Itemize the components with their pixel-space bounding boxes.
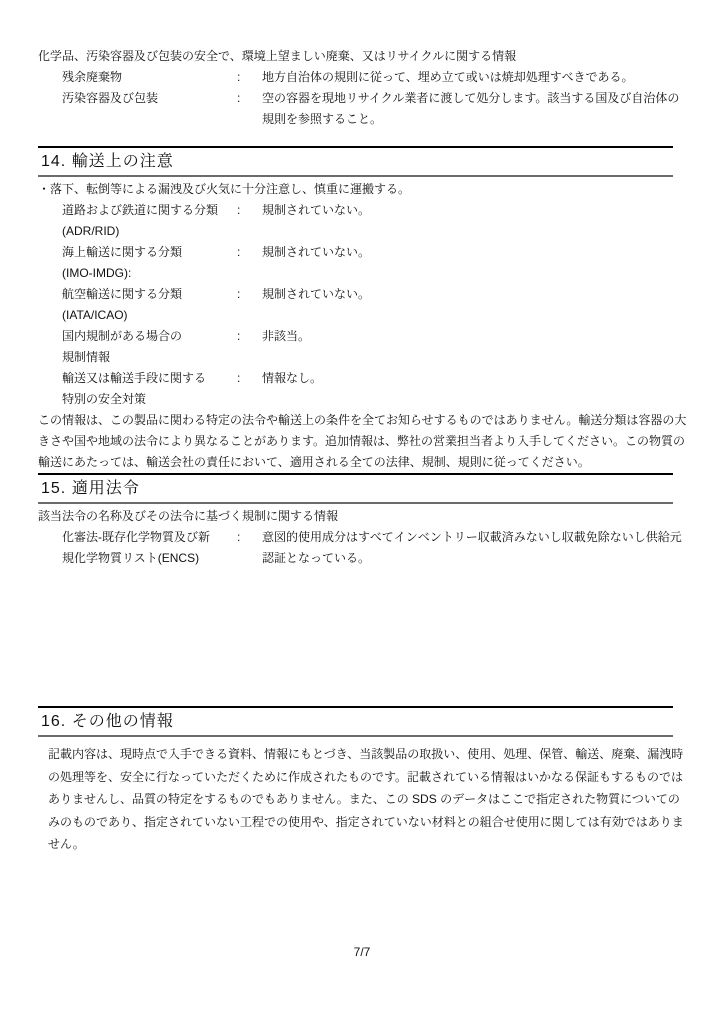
transport-caution-note: ・落下、転倒等による漏洩及び火気に十分注意し、慎重に運搬する。 (38, 179, 692, 200)
row-value: 規制されていない。 (262, 200, 692, 221)
row-colon: : (237, 88, 262, 109)
row-value: 地方自治体の規則に従って、埋め立て或いは焼却処理すべきである。 (262, 67, 692, 88)
transport-row-air: 航空輸送に関する分類 (IATA/ICAO) : 規制されていない。 (38, 284, 692, 326)
disposal-row-residual-waste: 残余廃棄物 : 地方自治体の規則に従って、埋め立て或いは焼却処理すべきである。 (38, 67, 692, 88)
row-label: 道路および鉄道に関する分類 (ADR/RID) (62, 200, 237, 242)
row-colon: : (237, 67, 262, 88)
sds-document-page: 化学品、汚染容器及び包装の安全で、環境上望ましい廃棄、又はリサイクルに関する情報… (0, 0, 724, 1024)
row-colon: : (237, 284, 262, 305)
transport-row-road-rail: 道路および鉄道に関する分類 (ADR/RID) : 規制されていない。 (38, 200, 692, 242)
row-label: 海上輸送に関する分類 (IMO-IMDG): (62, 242, 237, 284)
row-label: 航空輸送に関する分類 (IATA/ICAO) (62, 284, 237, 326)
applicable-laws-intro: 該当法令の名称及びその法令に基づく規制に関する情報 (38, 506, 692, 527)
section-16-header: 16. その他の情報 (38, 706, 673, 737)
law-row-encs: 化審法-既存化学物質及び新 規化学物質リスト(ENCS) : 意図的使用成分はす… (38, 527, 692, 569)
row-colon: : (237, 200, 262, 221)
transport-row-domestic-regulation: 国内規制がある場合の 規制情報 : 非該当。 (38, 326, 692, 368)
transport-row-special-safety-measures: 輸送又は輸送手段に関する 特別の安全対策 : 情報なし。 (38, 368, 692, 410)
row-value: 空の容器を現地リサイクル業者に渡して処分します。該当する国及び自治体の 規則を参… (262, 88, 692, 130)
page-number: 7/7 (0, 944, 724, 960)
section-15-body: 該当法令の名称及びその法令に基づく規制に関する情報 化審法-既存化学物質及び新 … (38, 506, 692, 569)
row-value: 規制されていない。 (262, 242, 692, 263)
section-14-body: ・落下、転倒等による漏洩及び火気に十分注意し、慎重に運搬する。 道路および鉄道に… (38, 179, 692, 473)
row-label: 残余廃棄物 (62, 67, 237, 88)
row-colon: : (237, 368, 262, 389)
disposal-row-contaminated-packaging: 汚染容器及び包装 : 空の容器を現地リサイクル業者に渡して処分します。該当する国… (38, 88, 692, 130)
row-colon: : (237, 242, 262, 263)
row-label: 国内規制がある場合の 規制情報 (62, 326, 237, 368)
section-15-header: 15. 適用法令 (38, 473, 673, 504)
row-value: 非該当。 (262, 326, 692, 347)
transport-disclaimer-paragraph: この情報は、この製品に関わる特定の法令や輸送上の条件を全てお知らせするものではあ… (38, 410, 692, 473)
page-content: 化学品、汚染容器及び包装の安全で、環境上望ましい廃棄、又はリサイクルに関する情報… (38, 0, 692, 856)
other-information-paragraph: 記載内容は、現時点で入手できる資料、情報にもとづき、当該製品の取扱い、使用、処理… (38, 743, 692, 856)
row-label: 輸送又は輸送手段に関する 特別の安全対策 (62, 368, 237, 410)
transport-row-sea: 海上輸送に関する分類 (IMO-IMDG): : 規制されていない。 (38, 242, 692, 284)
row-value: 情報なし。 (262, 368, 692, 389)
row-label: 化審法-既存化学物質及び新 規化学物質リスト(ENCS) (62, 527, 237, 569)
disposal-info-heading: 化学品、汚染容器及び包装の安全で、環境上望ましい廃棄、又はリサイクルに関する情報 (38, 46, 692, 67)
row-value: 意図的使用成分はすべてインベントリー収載済みないし収載免除ないし供給元 認証とな… (262, 527, 692, 569)
section-14-header: 14. 輸送上の注意 (38, 146, 673, 177)
row-colon: : (237, 527, 262, 548)
row-label: 汚染容器及び包装 (62, 88, 237, 109)
row-colon: : (237, 326, 262, 347)
row-value: 規制されていない。 (262, 284, 692, 305)
